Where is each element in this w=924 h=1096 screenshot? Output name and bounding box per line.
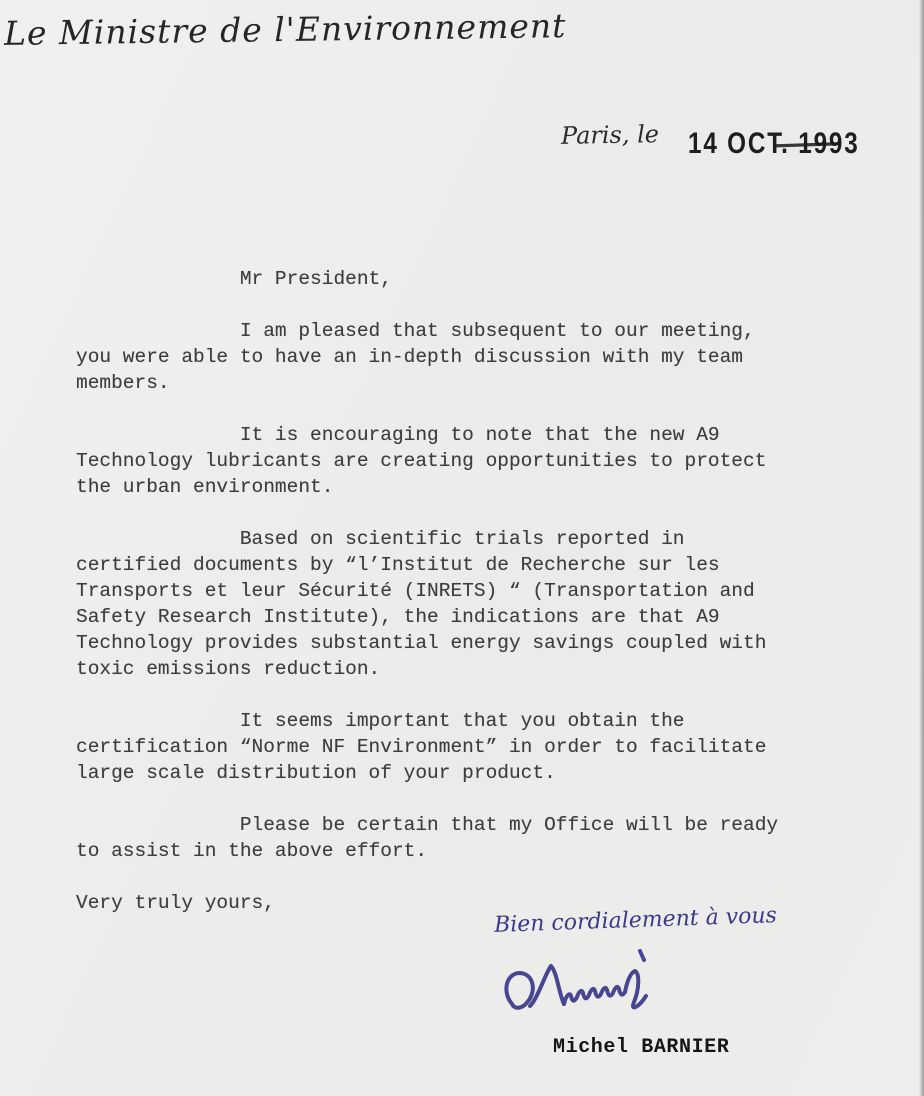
salutation: Mr President, xyxy=(76,266,816,292)
signature-scribble xyxy=(488,942,738,1037)
letter-body: Mr President, I am pleased that subseque… xyxy=(76,266,816,916)
letter-paragraph: I am pleased that subsequent to our meet… xyxy=(76,318,816,396)
letterhead-script: Le Ministre de l'Environnement xyxy=(4,6,567,53)
letter-paragraph: Please be certain that my Office will be… xyxy=(76,812,816,864)
scanned-letter-page: Le Ministre de l'Environnement Paris, le… xyxy=(0,0,924,1096)
dateline-place: Paris, le xyxy=(561,120,659,150)
scan-edge-shadow xyxy=(919,0,924,1096)
date-stamp: 14 OCT. 1993 xyxy=(688,127,860,160)
signatory-name: Michel BARNIER xyxy=(553,1036,729,1059)
letter-paragraph: It is encouraging to note that the new A… xyxy=(76,422,816,500)
letter-paragraph: It seems important that you obtain the c… xyxy=(76,708,816,786)
letter-paragraph: Based on scientific trials reported in c… xyxy=(76,526,816,682)
